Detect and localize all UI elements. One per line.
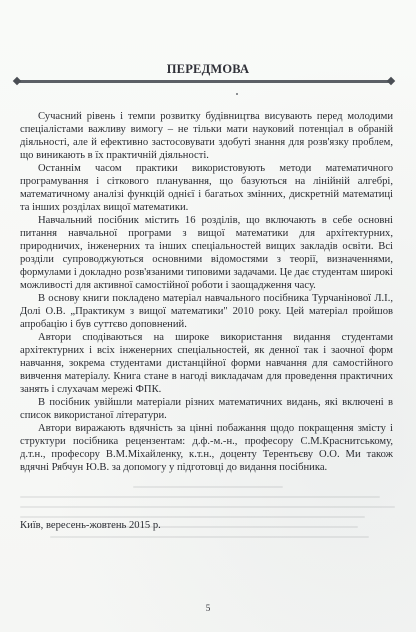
page-number: 5 xyxy=(0,604,416,614)
show-through-text xyxy=(20,478,395,558)
diamond-left-icon xyxy=(13,77,21,85)
speck xyxy=(236,93,238,95)
paragraph: Автори сподіваються на широке використан… xyxy=(20,331,393,396)
paragraph: Сучасний рівень і темпи розвитку будівни… xyxy=(20,110,393,162)
paragraph: В посібник увійшли матеріали різних мате… xyxy=(20,396,393,422)
paragraph: Навчальний посібник містить 16 розділів,… xyxy=(20,214,393,292)
document-page: ПЕРЕДМОВА Сучасний рівень і темпи розвит… xyxy=(0,0,416,632)
body-text: Сучасний рівень і темпи розвитку будівни… xyxy=(20,110,393,474)
diamond-right-icon xyxy=(387,77,395,85)
page-title: ПЕРЕДМОВА xyxy=(0,62,416,77)
paragraph: Автори виражають вдячність за цінні поба… xyxy=(20,422,393,474)
place-and-date: Київ, вересень-жовтень 2015 р. xyxy=(20,519,161,532)
paragraph: Останнім часом практики використовують м… xyxy=(20,162,393,214)
heading-divider xyxy=(17,80,391,83)
paragraph: В основу книги покладено матеріал навчал… xyxy=(20,292,393,331)
